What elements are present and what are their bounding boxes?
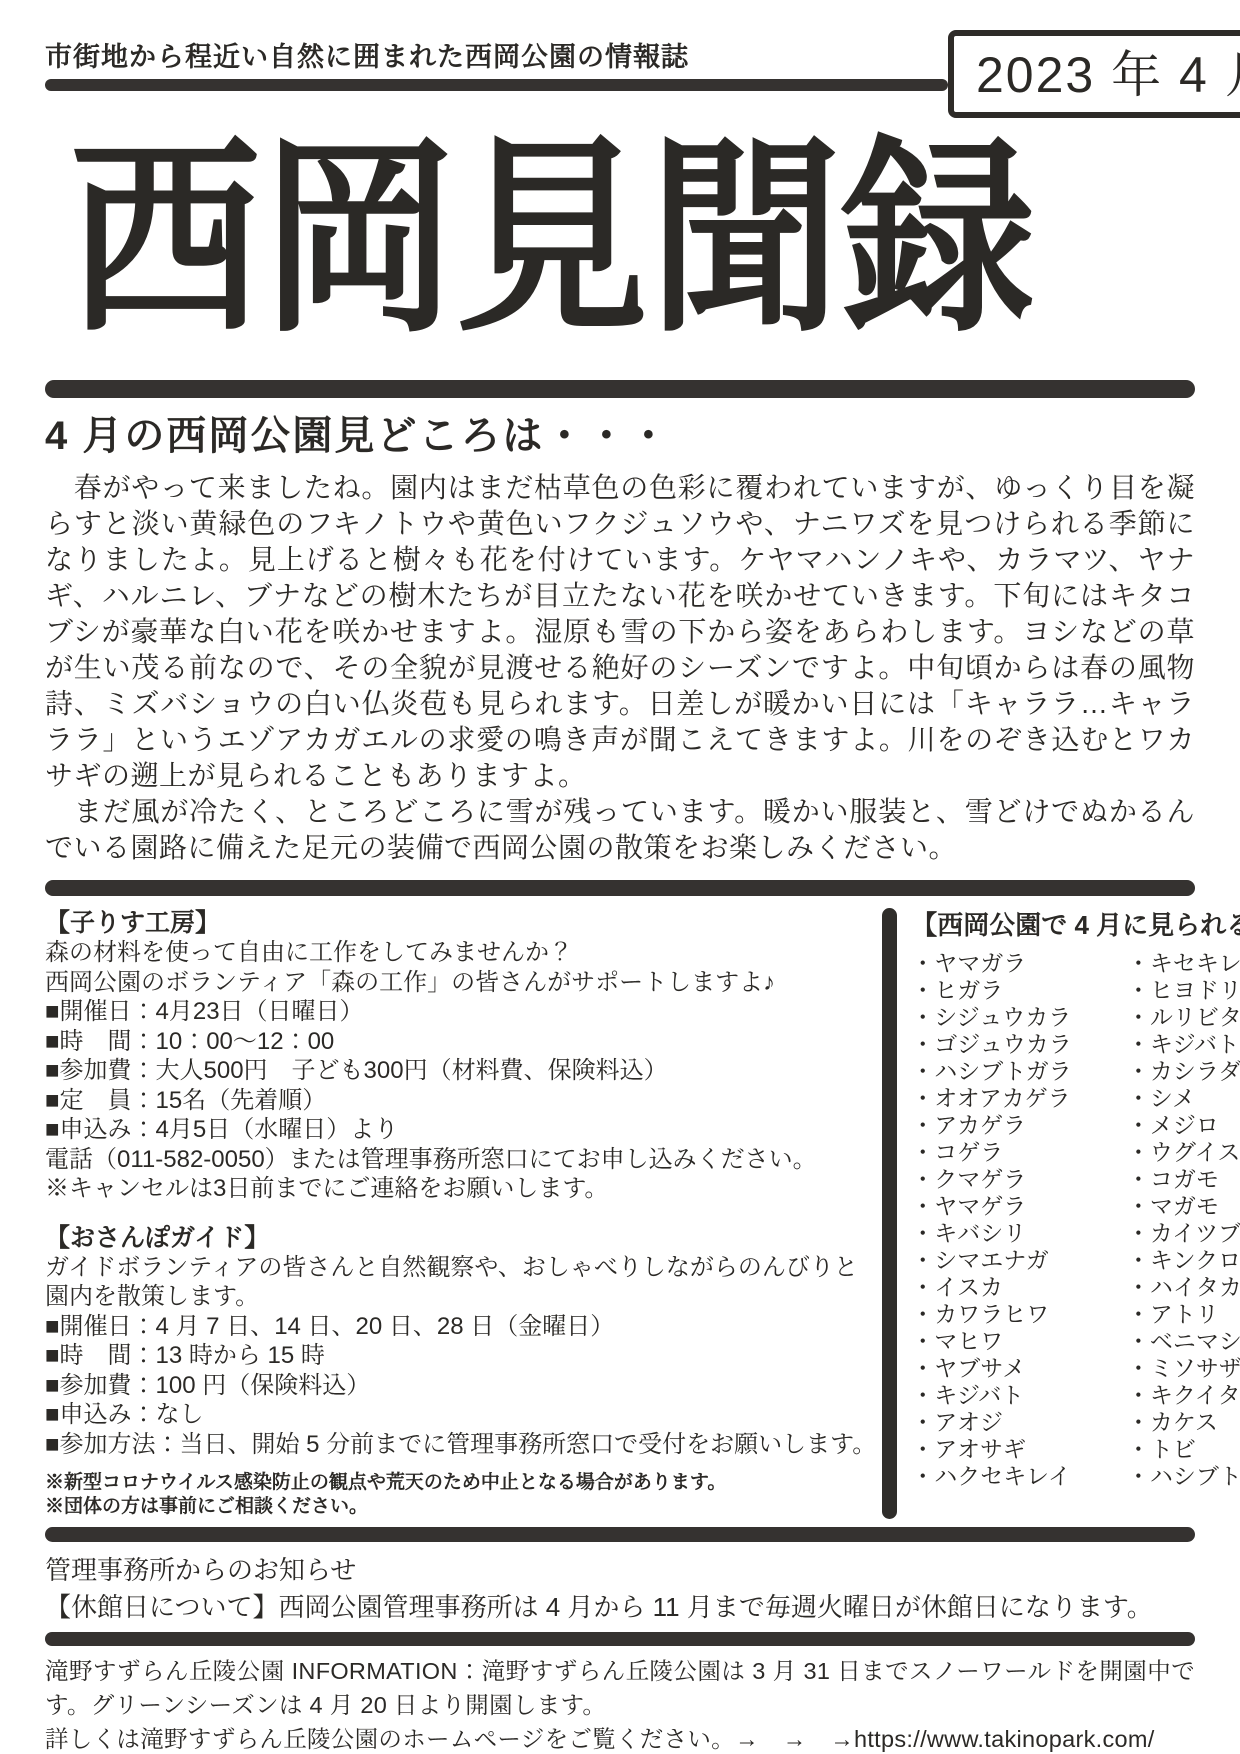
tagline: 市街地から程近い自然に囲まれた西岡公園の情報誌 <box>45 40 948 74</box>
issue-date: 2023 年 4 月 <box>976 44 1240 106</box>
event-osanpo-intro: ガイドボランティアの皆さんと自然観察や、おしゃべりしながらのんびりと園内を散策し… <box>45 1253 876 1312</box>
feature-body: 春がやって来ましたね。園内はまだ枯草色の色彩に覆われていますが、ゆっくり目を凝ら… <box>45 470 1195 866</box>
bird-list-item: ・アオサギ <box>911 1436 1072 1463</box>
event-korisu-details: ■開催日：4月23日（日曜日）■時 間：10：00～12：00■参加費：大人50… <box>45 997 876 1204</box>
event-osanpo-detail-line: ■参加費：100 円（保険料込） <box>45 1371 876 1401</box>
event-osanpo-title: 【おさんぽガイド】 <box>45 1223 876 1253</box>
event-korisu-detail-line: ■開催日：4月23日（日曜日） <box>45 997 876 1027</box>
event-korisu-title: 【子りす工房】 <box>45 908 876 938</box>
office-notice-body: 【休館日について】西岡公園管理事務所は 4 月から 11 月まで毎週火曜日が休館… <box>45 1588 1195 1626</box>
bird-list-item: ・メジロ <box>1127 1112 1240 1139</box>
event-korisu-intro-line: 西岡公園のボランティア「森の工作」の皆さんがサポートしますよ♪ <box>45 968 876 998</box>
newsletter-page: 市街地から程近い自然に囲まれた西岡公園の情報誌 2023 年 4 月 vol.3… <box>0 0 1240 1754</box>
bird-list-item: ・コガモ <box>1127 1166 1240 1193</box>
divider-under-title <box>45 380 1195 398</box>
event-osanpo-detail-line: ■時 間：13 時から 15 時 <box>45 1341 876 1371</box>
masthead: 市街地から程近い自然に囲まれた西岡公園の情報誌 2023 年 4 月 vol.3… <box>45 26 1195 118</box>
bird-list-item: ・キジバト <box>911 1382 1072 1409</box>
bird-list-item: ・ルリビタキ <box>1127 1004 1240 1031</box>
bird-list-item: ・ヤマゲラ <box>911 1193 1072 1220</box>
bird-list-item: ・シマエナガ <box>911 1247 1072 1274</box>
birds-grid: ・ヤマガラ・ヒガラ・シジュウカラ・ゴジュウカラ・ハシブトガラ・オオアカゲラ・アカ… <box>911 950 1240 1490</box>
divider-above-footer <box>45 1632 1195 1646</box>
footer-text-line: 詳しくは滝野すずらん丘陵公園のホームページをご覧ください。→ → →https:… <box>45 1722 1195 1754</box>
event-osanpo-guide: 【おさんぽガイド】 ガイドボランティアの皆さんと自然観察や、おしゃべりしながらの… <box>45 1223 876 1460</box>
event-korisu-detail-line: ※キャンセルは3日前までにご連絡をお願いします。 <box>45 1174 876 1204</box>
issue-box: 2023 年 4 月 vol.328 <box>948 30 1240 118</box>
birds-list-left: ・ヤマガラ・ヒガラ・シジュウカラ・ゴジュウカラ・ハシブトガラ・オオアカゲラ・アカ… <box>911 950 1072 1490</box>
event-footnotes: ※新型コロナウイルス感染防止の観点や荒天のため中止となる場合があります。※団体の… <box>45 1471 876 1519</box>
bird-list-item: ・キバシリ <box>911 1220 1072 1247</box>
office-notice: 管理事務所からのお知らせ 【休館日について】西岡公園管理事務所は 4 月から 1… <box>45 1552 1195 1626</box>
bird-list-item: ・カワラヒワ <box>911 1301 1072 1328</box>
takino-info-footer: 滝野すずらん丘陵公園 INFORMATION：滝野すずらん丘陵公園は 3 月 3… <box>45 1654 1195 1754</box>
bird-list-item: ・カイツブリ <box>1127 1220 1240 1247</box>
bird-list-item: ・ベニマシコ <box>1127 1328 1240 1355</box>
event-osanpo-detail-line: ■参加方法：当日、開始 5 分前までに管理事務所窓口で受付をお願いします。 <box>45 1430 876 1460</box>
bird-list-item: ・ハクセキレイ <box>911 1463 1072 1490</box>
bird-list-item: ・コゲラ <box>911 1139 1072 1166</box>
feature-heading: 4 月の西岡公園見どころは・・・ <box>45 412 1195 460</box>
bird-list-item: ・ウグイス <box>1127 1139 1240 1166</box>
divider-above-events <box>45 880 1195 896</box>
feature-paragraph: まだ風が冷たく、ところどころに雪が残っています。暖かい服装と、雪どけでぬかるんで… <box>45 794 1195 866</box>
bird-list-item: ・ヤブサメ <box>911 1355 1072 1382</box>
event-footnote-line: ※新型コロナウイルス感染防止の観点や荒天のため中止となる場合があります。 <box>45 1471 876 1495</box>
bird-list-item: ・アオジ <box>911 1409 1072 1436</box>
event-korisu-detail-line: 電話（011-582-0050）または管理事務所窓口にてお申し込みください。 <box>45 1145 876 1175</box>
bird-list-item: ・クマゲラ <box>911 1166 1072 1193</box>
event-korisu-intro-line: 森の材料を使って自由に工作をしてみませんか？ <box>45 938 876 968</box>
bird-list-item: ・マヒワ <box>911 1328 1072 1355</box>
tagline-block: 市街地から程近い自然に囲まれた西岡公園の情報誌 <box>45 26 948 91</box>
tagline-underline <box>45 79 948 91</box>
bird-list-item: ・キジバト <box>1127 1031 1240 1058</box>
event-osanpo-detail-line: ■開催日：4 月 7 日、14 日、20 日、28 日（金曜日） <box>45 1312 876 1342</box>
bird-list-item: ・イスカ <box>911 1274 1072 1301</box>
divider-above-notice <box>45 1527 1195 1542</box>
footer-text-line: 滝野すずらん丘陵公園 INFORMATION：滝野すずらん丘陵公園は 3 月 3… <box>45 1654 1195 1722</box>
birds-title: 【西岡公園で 4 月に見られる野鳥たち】 <box>911 910 1240 940</box>
event-korisu-intro: 森の材料を使って自由に工作をしてみませんか？西岡公園のボランティア「森の工作」の… <box>45 938 876 997</box>
bird-list-item: ・アカゲラ <box>911 1112 1072 1139</box>
office-notice-heading: 管理事務所からのお知らせ <box>45 1552 1195 1588</box>
event-korisu-workshop: 【子りす工房】 森の材料を使って自由に工作をしてみませんか？西岡公園のボランティ… <box>45 908 876 1204</box>
bird-list-item: ・ハイタカ <box>1127 1274 1240 1301</box>
events-column: 【子りす工房】 森の材料を使って自由に工作をしてみませんか？西岡公園のボランティ… <box>45 908 876 1519</box>
bird-list-item: ・シジュウカラ <box>911 1004 1072 1031</box>
bird-list-item: ・キセキレイ <box>1127 950 1240 977</box>
bird-list-item: ・カシラダカ <box>1127 1058 1240 1085</box>
vertical-divider-bar <box>882 908 897 1519</box>
bird-list-item: ・ヒヨドリ <box>1127 977 1240 1004</box>
event-korisu-detail-line: ■申込み：4月5日（水曜日）より <box>45 1115 876 1145</box>
birds-column: 【西岡公園で 4 月に見られる野鳥たち】 ・ヤマガラ・ヒガラ・シジュウカラ・ゴジ… <box>911 908 1240 1519</box>
bird-list-item: ・ヒガラ <box>911 977 1072 1004</box>
bird-list-item: ・カケス <box>1127 1409 1240 1436</box>
birds-list-right: ・キセキレイ・ヒヨドリ・ルリビタキ・キジバト・カシラダカ・シメ・メジロ・ウグイス… <box>1127 950 1240 1490</box>
bird-list-item: ・ゴジュウカラ <box>911 1031 1072 1058</box>
feature-paragraph: 春がやって来ましたね。園内はまだ枯草色の色彩に覆われていますが、ゆっくり目を凝ら… <box>45 470 1195 794</box>
bird-list-item: ・ハシブトガラス <box>1127 1463 1240 1490</box>
event-osanpo-detail-line: ■申込み：なし <box>45 1400 876 1430</box>
bird-list-item: ・ヤマガラ <box>911 950 1072 977</box>
bird-list-item: ・アトリ <box>1127 1301 1240 1328</box>
bird-list-item: ・キクイタダキ <box>1127 1382 1240 1409</box>
bird-list-item: ・キンクロハジロ <box>1127 1247 1240 1274</box>
bird-list-item: ・シメ <box>1127 1085 1240 1112</box>
event-footnote-line: ※団体の方は事前にご相談ください。 <box>45 1495 876 1519</box>
bird-list-item: ・マガモ <box>1127 1193 1240 1220</box>
event-korisu-detail-line: ■参加費：大人500円 子ども300円（材料費、保険料込） <box>45 1056 876 1086</box>
bird-list-item: ・トビ <box>1127 1436 1240 1463</box>
events-and-birds-section: 【子りす工房】 森の材料を使って自由に工作をしてみませんか？西岡公園のボランティ… <box>45 908 1195 1519</box>
bird-list-item: ・オオアカゲラ <box>911 1085 1072 1112</box>
event-korisu-detail-line: ■定 員：15名（先着順） <box>45 1086 876 1116</box>
newsletter-title: 西岡見聞録 <box>69 128 1035 350</box>
event-osanpo-details: ■開催日：4 月 7 日、14 日、20 日、28 日（金曜日）■時 間：13 … <box>45 1312 876 1460</box>
event-korisu-detail-line: ■時 間：10：00～12：00 <box>45 1027 876 1057</box>
bird-list-item: ・ミソサザイ <box>1127 1355 1240 1382</box>
bird-list-item: ・ハシブトガラ <box>911 1058 1072 1085</box>
